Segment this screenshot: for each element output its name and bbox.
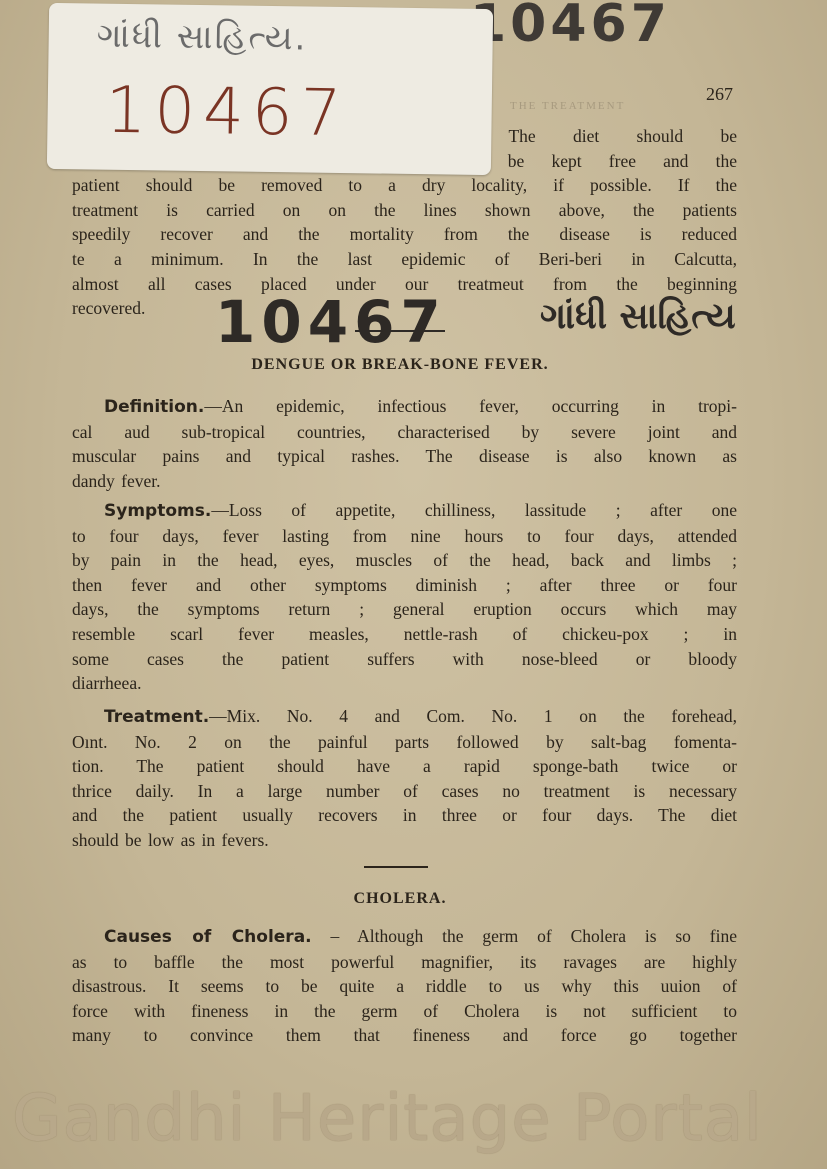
handwritten-gujarati-note: ગાંધી સાહિત્ય (540, 296, 736, 338)
text-line: thrice daily. In a large number of cases… (72, 779, 737, 804)
text-line: cal aud sub-tropical countries, characte… (72, 420, 737, 445)
dengue-symptoms-paragraph: Symptoms.—Loss of appetite, chilliness, … (72, 498, 737, 696)
text-line: and the patient usually recovers in thre… (72, 803, 737, 828)
text-line: disastrous. It seems to be quite a riddl… (72, 974, 737, 999)
text-line: resemble scarl fever measles, nettle-ras… (72, 622, 737, 647)
symptoms-lead: Symptoms. (104, 501, 211, 521)
text-line: —Loss of appetite, chilliness, lassitude… (211, 500, 737, 520)
text-line: should be low as in fevers. (72, 828, 737, 853)
label-gujarati-text: ગાંધી સાહિત્ય. (96, 16, 307, 59)
text-line: Oınt. No. 2 on the painful parts followe… (72, 730, 737, 755)
section-divider (364, 866, 428, 868)
text-line: diarrheea. (72, 671, 737, 696)
label-accession-number: 10467 (105, 74, 350, 151)
text-line: patient should be removed to a dry local… (72, 173, 737, 198)
running-head: THE TREATMENT (510, 100, 625, 112)
handwritten-accession-number-top: 10467 (470, 0, 671, 54)
underline-stroke (355, 330, 445, 332)
text-line: —An epidemic, infectious fever, occurrin… (204, 396, 737, 416)
document-page: 10467 267 THE TREATMENT aily. The diet s… (0, 0, 827, 1169)
definition-lead: Definition. (104, 397, 204, 417)
treatment-lead: Treatment. (104, 707, 209, 727)
text-line: te a minimum. In the last epidemic of Be… (72, 247, 737, 272)
text-line: as to baffle the most powerful magnifier… (72, 950, 737, 975)
section-title-cholera: CHOLERA. (0, 890, 800, 908)
library-label-sticker: ગાંધી સાહિત્ય. 10467 (47, 3, 493, 175)
text-line: tion. The patient should have a rapid sp… (72, 754, 737, 779)
text-line: speedily recover and the mortality from … (72, 222, 737, 247)
watermark: Gandhi Heritage Portal (12, 1082, 763, 1156)
dengue-definition-paragraph: Definition.—An epidemic, infectious feve… (72, 394, 737, 493)
text-line: many to convince them that fineness and … (72, 1023, 737, 1048)
text-line: treatment is carried on on the lines sho… (72, 198, 737, 223)
text-line: force with fineness in the germ of Chole… (72, 999, 737, 1024)
text-line: then fever and other symptoms diminish ;… (72, 573, 737, 598)
section-title-dengue: DENGUE OR BREAK-BONE FEVER. (0, 356, 800, 374)
text-line: dandy fever. (72, 469, 737, 494)
text-line: muscular pains and typical rashes. The d… (72, 444, 737, 469)
page-number: 267 (706, 84, 733, 105)
text-line: by pain in the head, eyes, muscles of th… (72, 548, 737, 573)
text-line: to four days, fever lasting from nine ho… (72, 524, 737, 549)
dengue-treatment-paragraph: Treatment.—Mix. No. 4 and Com. No. 1 on … (72, 704, 737, 853)
text-line: some cases the patient suffers with nose… (72, 647, 737, 672)
handwritten-accession-number: 10467 (215, 288, 447, 356)
text-line: days, the symptoms return ; general erup… (72, 597, 737, 622)
causes-lead: Causes of Cholera. (104, 927, 312, 947)
text-line: —Mix. No. 4 and Com. No. 1 on the forehe… (209, 706, 737, 726)
cholera-causes-paragraph: Causes of Cholera. – Although the germ o… (72, 924, 737, 1048)
text-line: – Although the germ of Cholera is so fin… (312, 926, 737, 946)
